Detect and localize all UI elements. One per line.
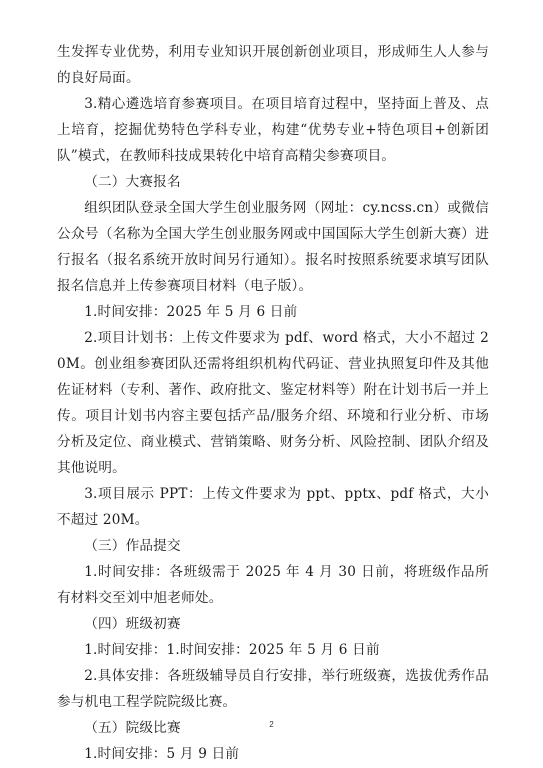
document-page: 生发挥专业优势，利用专业知识开展创新创业项目，形成师生人人参与的良好局面。 3.… [0, 0, 543, 768]
document-body: 生发挥专业优势，利用专业知识开展创新创业项目，形成师生人人参与的良好局面。 3.… [57, 39, 489, 767]
paragraph-class-arrangement: 2.具体安排：各班级辅导员自行安排，举行班级赛，选拔优秀作品参与机电工程学院院级… [57, 663, 489, 715]
page-number: 2 [0, 720, 543, 729]
paragraph-registration: 组织团队登录全国大学生创业服务网（网址：cy.ncss.cn）或微信公众号（名称… [57, 195, 489, 299]
paragraph-business-plan: 2.项目计划书：上传文件要求为 pdf、word 格式，大小不超过 20M。创业… [57, 325, 489, 481]
paragraph-submission-time: 1.时间安排：各班级需于 2025 年 4 月 30 日前，将班级作品所有材料交… [57, 559, 489, 611]
paragraph-continuation: 生发挥专业优势，利用专业知识开展创新创业项目，形成师生人人参与的良好局面。 [57, 39, 489, 91]
paragraph-ppt: 3.项目展示 PPT：上传文件要求为 ppt、pptx、pdf 格式，大小不超过… [57, 481, 489, 533]
section-heading-submission: （三）作品提交 [57, 533, 489, 559]
paragraph-class-time: 1.时间安排：1.时间安排：2025 年 5 月 6 日前 [57, 637, 489, 663]
section-heading-class-preliminary: （四）班级初赛 [57, 611, 489, 637]
section-heading-registration: （二）大赛报名 [57, 169, 489, 195]
paragraph-registration-time: 1.时间安排：2025 年 5 月 6 日前 [57, 299, 489, 325]
paragraph-item-3-select-projects: 3.精心遴选培育参赛项目。在项目培育过程中，坚持面上普及、点上培育，挖掘优势特色… [57, 91, 489, 169]
paragraph-college-time: 1.时间安排：5 月 9 日前 [57, 741, 489, 767]
